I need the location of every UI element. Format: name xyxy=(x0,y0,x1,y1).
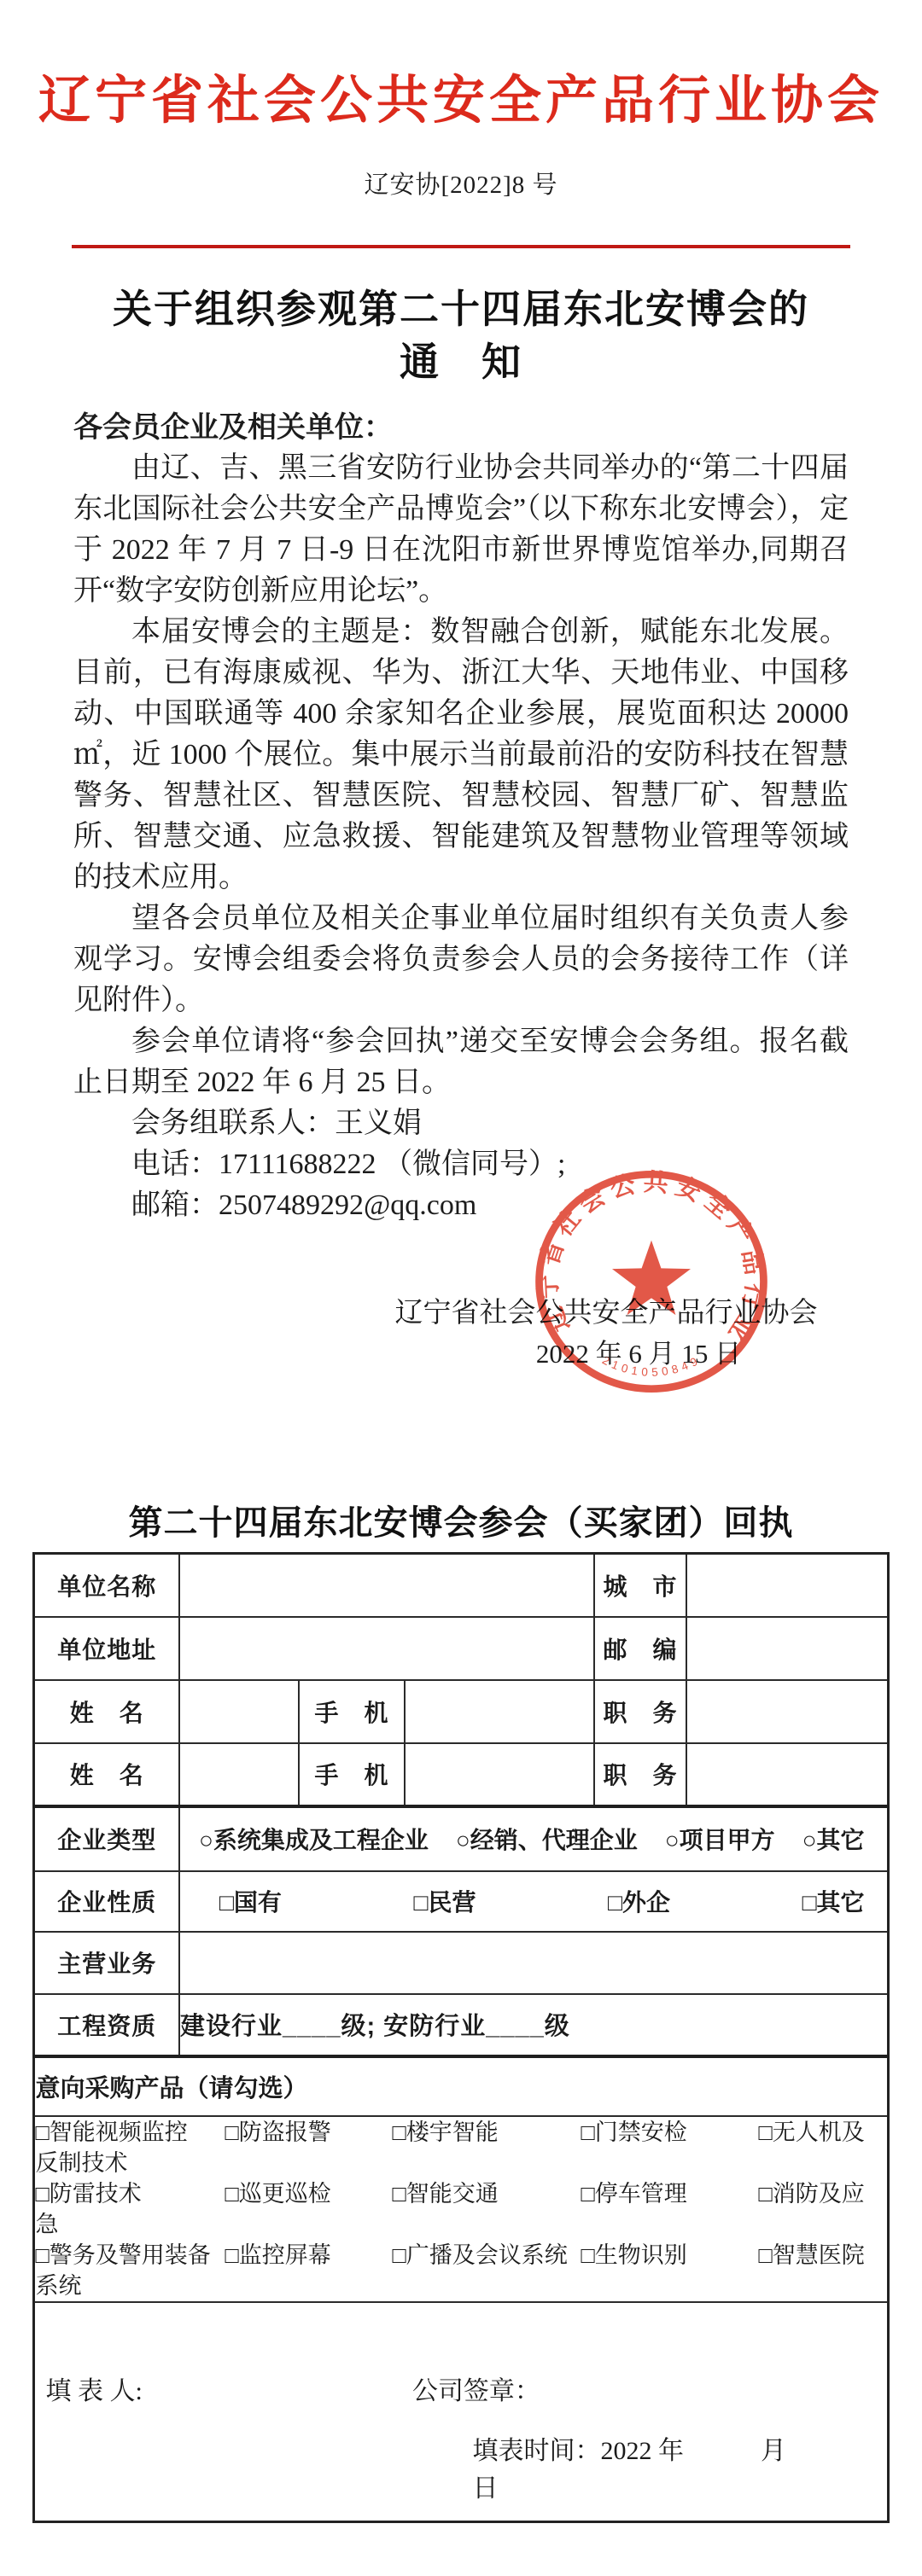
row-main-business: 主营业务 xyxy=(34,1932,888,1994)
products-cell: □智能视频监控 □防盗报警 □楼宇智能 □门禁安检 □无人机及 反制技术 □防雷… xyxy=(34,2116,888,2302)
checkbox-icon: □ xyxy=(758,2181,772,2207)
post-input-cell-1[interactable] xyxy=(686,1680,888,1743)
company-type-options: ○系统集成及工程企业 ○经销、代理企业 ○项目甲方 ○其它 xyxy=(180,1822,887,1856)
row-company-nature: 企业性质 □国有 □民营 □外企 □其它 xyxy=(34,1871,888,1932)
row-qualification: 工程资质 建设行业____级; 安防行业____级 xyxy=(34,1994,888,2056)
product-option[interactable]: □智慧医院 xyxy=(758,2240,886,2271)
seal-serial-number: 2101050849 xyxy=(600,1353,703,1379)
product-option[interactable]: □生物识别 xyxy=(581,2240,758,2271)
checkbox-icon: □ xyxy=(581,2120,594,2145)
notice-title-line2: 通 知 xyxy=(0,335,922,388)
checkbox-icon: □ xyxy=(608,1889,622,1916)
qualification-value[interactable]: 建设行业____级; 安防行业____级 xyxy=(179,1994,888,2056)
checkbox-icon: □ xyxy=(802,1889,817,1916)
product-carry-text: 系统 xyxy=(35,2271,886,2301)
mobile-label-2: 手 机 xyxy=(299,1743,405,1806)
paragraph-3: 望各会员单位及相关企事业单位届时组织有关负责人参观学习。安博会组委会将负责参会人… xyxy=(73,898,849,1021)
product-option[interactable]: □停车管理 xyxy=(581,2178,758,2209)
product-option[interactable]: □广播及会议系统 xyxy=(392,2240,581,2271)
checkbox-icon: □ xyxy=(392,2120,406,2145)
org-title: 辽宁省社会公共安全产品行业协会 xyxy=(0,0,922,131)
row-person-2: 姓 名 手 机 职 务 xyxy=(34,1743,888,1806)
product-row-1: □智能视频监控 □防盗报警 □楼宇智能 □门禁安检 □无人机及 xyxy=(35,2117,886,2148)
checkbox-icon: □ xyxy=(225,2181,238,2207)
official-seal: 辽宁省社会公共安全产品行业协会 2101050849 xyxy=(528,1163,775,1400)
checkbox-icon: □ xyxy=(35,2242,49,2268)
notice-title-line1: 关于组织参观第二十四届东北安博会的 xyxy=(0,282,922,335)
main-business-input-cell[interactable] xyxy=(179,1932,888,1994)
checkbox-icon: □ xyxy=(35,2120,49,2145)
row-unit-address: 单位地址 邮 编 xyxy=(34,1617,888,1680)
unit-address-input-cell[interactable] xyxy=(179,1617,594,1680)
paragraph-4: 参会单位请将“参会回执”递交至安博会会务组。报名截止日期至 2022 年 6 月… xyxy=(73,1021,849,1103)
name-input-cell-1[interactable] xyxy=(179,1680,299,1743)
svg-text:2101050849: 2101050849 xyxy=(600,1353,703,1379)
company-type-label: 企业类型 xyxy=(34,1806,179,1871)
row-intent-header: 意向采购产品（请勾选） xyxy=(34,2056,888,2116)
radio-icon: ○ xyxy=(665,1827,680,1853)
company-seal-label[interactable]: 公司签章： xyxy=(412,2370,540,2407)
product-option[interactable]: □巡更巡检 xyxy=(225,2178,392,2209)
seal-star-icon xyxy=(612,1241,691,1315)
product-option[interactable]: □防雷技术 xyxy=(35,2178,225,2209)
checkbox-icon: □ xyxy=(758,2120,772,2145)
post-label-1: 职 务 xyxy=(594,1680,686,1743)
checkbox-icon: □ xyxy=(392,2181,406,2207)
checkbox-icon: □ xyxy=(581,2181,594,2207)
checkbox-icon: □ xyxy=(35,2181,49,2207)
checkbox-icon: □ xyxy=(581,2242,594,2268)
product-option[interactable]: □智能视频监控 xyxy=(35,2117,225,2148)
reply-form-table: 单位名称 城 市 单位地址 邮 编 姓 名 手 机 职 务 姓 名 手 机 职 … xyxy=(32,1552,889,2523)
name-input-cell-2[interactable] xyxy=(179,1743,299,1806)
radio-icon: ○ xyxy=(456,1827,470,1853)
paragraph-1: 由辽、吉、黑三省安防行业协会共同举办的“第二十四届东北国际社会公共安全产品博览会… xyxy=(73,448,849,612)
fill-date-label: 填表时间： xyxy=(472,2437,600,2465)
red-divider xyxy=(72,245,850,248)
mobile-input-cell-1[interactable] xyxy=(405,1680,594,1743)
product-option[interactable]: □门禁安检 xyxy=(581,2117,758,2148)
row-footer: 填 表 人: 公司签章： 填表时间：2022 年 月 日 xyxy=(34,2302,888,2522)
company-nature-label: 企业性质 xyxy=(34,1871,179,1932)
checkbox-icon: □ xyxy=(414,1889,429,1916)
product-row-2: □防雷技术 □巡更巡检 □智能交通 □停车管理 □消防及应 xyxy=(35,2178,886,2209)
mobile-label-1: 手 机 xyxy=(299,1680,405,1743)
company-nature-options: □国有 □民营 □外企 □其它 xyxy=(180,1884,887,1918)
footer-line-1: 填 表 人: 公司签章： xyxy=(35,2318,886,2407)
product-carry-text: 反制技术 xyxy=(35,2148,886,2178)
footer-line-2: 填表时间：2022 年 月 日 xyxy=(35,2407,886,2504)
city-label: 城 市 xyxy=(594,1554,686,1617)
company-nature-option-private[interactable]: □民营 xyxy=(414,1884,476,1918)
row-products: □智能视频监控 □防盗报警 □楼宇智能 □门禁安检 □无人机及 反制技术 □防雷… xyxy=(34,2116,888,2302)
row-person-1: 姓 名 手 机 职 务 xyxy=(34,1680,888,1743)
footer-cell: 填 表 人: 公司签章： 填表时间：2022 年 月 日 xyxy=(34,2302,888,2522)
product-option[interactable]: □警务及警用装备 xyxy=(35,2240,225,2271)
qualification-label: 工程资质 xyxy=(34,1994,179,2056)
row-unit-name: 单位名称 城 市 xyxy=(34,1554,888,1617)
product-option[interactable]: □防盗报警 xyxy=(225,2117,392,2148)
salutation: 各会员企业及相关单位： xyxy=(73,407,849,448)
notice-document: 辽宁省社会公共安全产品行业协会 辽安协[2022]8 号 关于组织参观第二十四届… xyxy=(0,0,922,2576)
mobile-input-cell-2[interactable] xyxy=(405,1743,594,1806)
company-type-option-owner[interactable]: ○项目甲方 xyxy=(665,1822,775,1856)
product-option[interactable]: □消防及应 xyxy=(758,2178,886,2209)
name-label-1: 姓 名 xyxy=(34,1680,179,1743)
name-label-2: 姓 名 xyxy=(34,1743,179,1806)
main-business-label: 主营业务 xyxy=(34,1932,179,1994)
zip-label: 邮 编 xyxy=(594,1617,686,1680)
company-nature-option-foreign[interactable]: □外企 xyxy=(608,1884,670,1918)
company-type-option-integrator[interactable]: ○系统集成及工程企业 xyxy=(199,1822,429,1856)
radio-icon: ○ xyxy=(199,1827,213,1853)
paragraph-2: 本届安博会的主题是：数智融合创新，赋能东北发展。目前，已有海康威视、华为、浙江大… xyxy=(73,612,849,898)
signature-block: 辽宁省社会公共安全产品行业协会 2022 年 6 月 15 日 辽宁省社会公共安… xyxy=(376,1293,837,1375)
company-type-option-dealer[interactable]: ○经销、代理企业 xyxy=(456,1822,638,1856)
checkbox-icon: □ xyxy=(392,2242,406,2268)
product-option[interactable]: □监控屏幕 xyxy=(225,2240,392,2271)
product-row-3: □警务及警用装备 □监控屏幕 □广播及会议系统 □生物识别 □智慧医院 xyxy=(35,2240,886,2271)
intent-header: 意向采购产品（请勾选） xyxy=(34,2056,888,2116)
company-nature-option-state[interactable]: □国有 xyxy=(219,1884,282,1918)
post-input-cell-2[interactable] xyxy=(686,1743,888,1806)
checkbox-icon: □ xyxy=(219,1889,234,1916)
unit-name-input-cell[interactable] xyxy=(179,1554,594,1617)
doc-number: 辽安协[2022]8 号 xyxy=(0,166,922,201)
zip-input-cell[interactable] xyxy=(686,1617,888,1680)
product-option[interactable]: □楼宇智能 xyxy=(392,2117,581,2148)
checkbox-icon: □ xyxy=(225,2242,238,2268)
form-title: 第二十四届东北安博会参会（买家团）回执 xyxy=(0,1503,922,1544)
notice-body: 各会员企业及相关单位： 由辽、吉、黑三省安防行业协会共同举办的“第二十四届东北国… xyxy=(73,407,849,1226)
company-type-option-other[interactable]: ○其它 xyxy=(802,1822,865,1856)
post-label-2: 职 务 xyxy=(594,1743,686,1806)
unit-name-label: 单位名称 xyxy=(34,1554,179,1617)
filler-label[interactable]: 填 表 人: xyxy=(45,2370,142,2407)
company-nature-option-other[interactable]: □其它 xyxy=(802,1884,865,1918)
checkbox-icon: □ xyxy=(758,2242,772,2268)
notice-title: 关于组织参观第二十四届东北安博会的 通 知 xyxy=(0,282,922,388)
product-option[interactable]: □智能交通 xyxy=(392,2178,581,2209)
radio-icon: ○ xyxy=(802,1827,817,1853)
checkbox-icon: □ xyxy=(225,2120,238,2145)
product-option[interactable]: □无人机及 xyxy=(758,2117,886,2148)
city-input-cell[interactable] xyxy=(686,1554,888,1617)
contact-person-line: 会务组联系人：王义娟 xyxy=(73,1103,849,1144)
row-company-type: 企业类型 ○系统集成及工程企业 ○经销、代理企业 ○项目甲方 ○其它 xyxy=(34,1806,888,1871)
product-carry-text: 急 xyxy=(35,2209,886,2240)
unit-address-label: 单位地址 xyxy=(34,1617,179,1680)
